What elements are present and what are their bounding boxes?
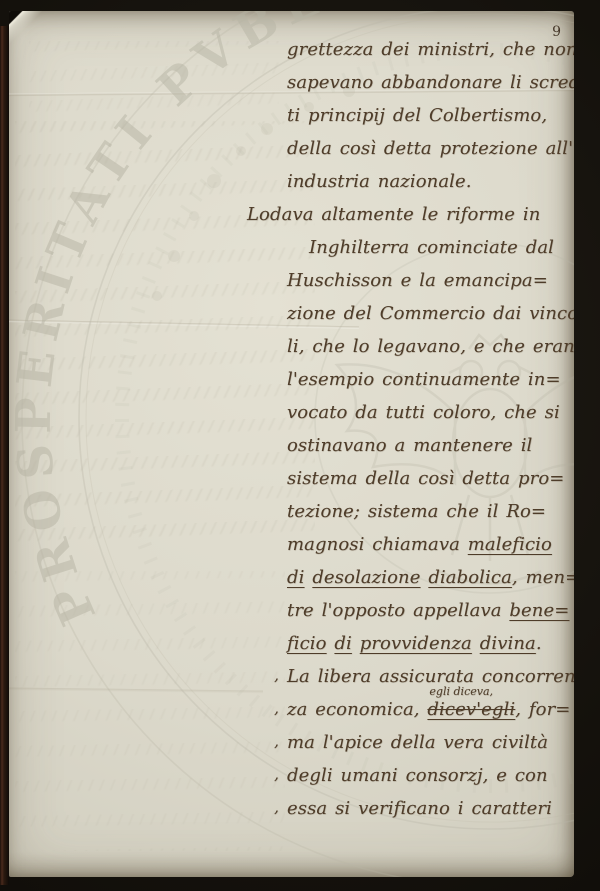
text-segment bbox=[472, 633, 480, 654]
paper-crease bbox=[9, 687, 263, 693]
text-segment: tre l'opposto appellava bbox=[287, 600, 509, 621]
manuscript-page: PROSPERITATI PVBLICAE 9 gret bbox=[9, 11, 574, 877]
binding-edge bbox=[0, 26, 9, 885]
manuscript-line-17: di desolazione diabolica, men= bbox=[287, 567, 574, 600]
text-segment: ma l'apice della vera civiltà bbox=[287, 732, 548, 753]
manuscript-line-5: industria nazionale. bbox=[287, 171, 574, 204]
text-segment: degli umani consorzj, e con bbox=[287, 765, 548, 786]
manuscript-line-14: sistema della così detta pro= bbox=[287, 468, 574, 501]
manuscript-line-12: vocato da tutti coloro, che si bbox=[287, 402, 574, 435]
manuscript-line-1: grettezza dei ministri, che non bbox=[287, 39, 574, 72]
ink-bleedthrough bbox=[15, 571, 285, 851]
manuscript-line-11: l'esempio continuamente in= bbox=[287, 369, 574, 402]
quote-mark: ‚ bbox=[274, 765, 279, 783]
inline-correction: egli diceva,dicev'egli bbox=[427, 699, 515, 720]
quote-mark: ‚ bbox=[274, 798, 279, 816]
manuscript-line-8: Huschisson e la emancipa= bbox=[287, 270, 574, 303]
quote-mark: ‚ bbox=[274, 666, 279, 684]
quote-mark: ‚ bbox=[274, 732, 279, 750]
manuscript-line-15: tezione; sistema che il Ro= bbox=[287, 501, 574, 534]
text-segment: ti principij del Colbertismo, bbox=[287, 105, 547, 126]
photograph-frame: PROSPERITATI PVBLICAE 9 gret bbox=[0, 0, 600, 891]
text-segment: industria nazionale. bbox=[287, 171, 472, 192]
inserted-correction-text: egli diceva, bbox=[429, 687, 493, 697]
manuscript-line-19: ficio di provvidenza divina. bbox=[287, 633, 574, 666]
manuscript-line-6: Lodava altamente le riforme in bbox=[247, 204, 574, 237]
text-segment: sistema della così detta pro= bbox=[287, 468, 564, 489]
text-segment: za economica, bbox=[287, 699, 427, 720]
text-segment: essa si verificano i caratteri bbox=[287, 798, 552, 819]
text-block: grettezza dei ministri, che nonsapevano … bbox=[287, 39, 574, 831]
manuscript-line-10: li, che lo legavano, e che erano bbox=[287, 336, 574, 369]
text-segment: grettezza dei ministri, che non bbox=[287, 39, 574, 60]
manuscript-line-21: ‚za economica, egli diceva,dicev'egli, f… bbox=[287, 699, 574, 732]
text-segment: , men= bbox=[512, 567, 574, 588]
text-segment: ostinavano a mantenere il bbox=[287, 435, 532, 456]
ink-bleedthrough bbox=[15, 121, 315, 551]
text-segment: . bbox=[536, 633, 542, 654]
quote-mark: ‚ bbox=[274, 699, 279, 717]
manuscript-line-4: della così detta protezione all' bbox=[287, 138, 574, 171]
text-segment: Lodava altamente le riforme in bbox=[247, 204, 540, 225]
text-segment: Huschisson e la emancipa= bbox=[287, 270, 548, 291]
text-segment bbox=[352, 633, 360, 654]
text-segment: bene= bbox=[509, 600, 569, 621]
text-segment: diabolica bbox=[428, 567, 512, 588]
text-segment: zione del Commercio dai vinco= bbox=[287, 303, 574, 324]
text-segment: li, che lo legavano, e che erano bbox=[287, 336, 574, 357]
manuscript-line-18: tre l'opposto appellava bene= bbox=[287, 600, 574, 633]
text-segment: La libera assicurata concorren= bbox=[287, 666, 574, 687]
text-segment: di bbox=[287, 567, 304, 588]
page-number: 9 bbox=[552, 24, 562, 40]
manuscript-line-13: ostinavano a mantenere il bbox=[287, 435, 574, 468]
manuscript-line-2: sapevano abbandonare li scredita= bbox=[287, 72, 574, 105]
text-segment: l'esempio continuamente in= bbox=[287, 369, 561, 390]
text-segment: tezione; sistema che il Ro= bbox=[287, 501, 546, 522]
manuscript-line-24: ‚essa si verificano i caratteri bbox=[287, 798, 574, 831]
text-segment: Inghilterra cominciate dal bbox=[309, 237, 554, 258]
manuscript-line-3: ti principij del Colbertismo, bbox=[287, 105, 574, 138]
manuscript-line-7: Inghilterra cominciate dal bbox=[309, 237, 574, 270]
text-segment: divina bbox=[480, 633, 536, 654]
text-segment: ficio bbox=[287, 633, 327, 654]
text-segment: della così detta protezione all' bbox=[287, 138, 573, 159]
text-segment: di bbox=[334, 633, 351, 654]
text-segment: desolazione bbox=[312, 567, 420, 588]
text-segment: sapevano abbandonare li scredita= bbox=[287, 72, 574, 93]
text-segment: maleficio bbox=[468, 534, 552, 555]
manuscript-line-22: ‚ma l'apice della vera civiltà bbox=[287, 732, 574, 765]
ink-bleedthrough bbox=[29, 41, 279, 121]
manuscript-line-16: magnosi chiamava maleficio bbox=[287, 534, 574, 567]
text-segment: , for= bbox=[515, 699, 570, 720]
text-segment: vocato da tutti coloro, che si bbox=[287, 402, 560, 423]
corner-fold bbox=[9, 11, 43, 45]
manuscript-line-23: ‚degli umani consorzj, e con bbox=[287, 765, 574, 798]
manuscript-line-9: zione del Commercio dai vinco= bbox=[287, 303, 574, 336]
text-segment: magnosi chiamava bbox=[287, 534, 468, 555]
text-segment: provvidenza bbox=[360, 633, 472, 654]
struck-out-text: dicev'egli bbox=[427, 699, 515, 720]
